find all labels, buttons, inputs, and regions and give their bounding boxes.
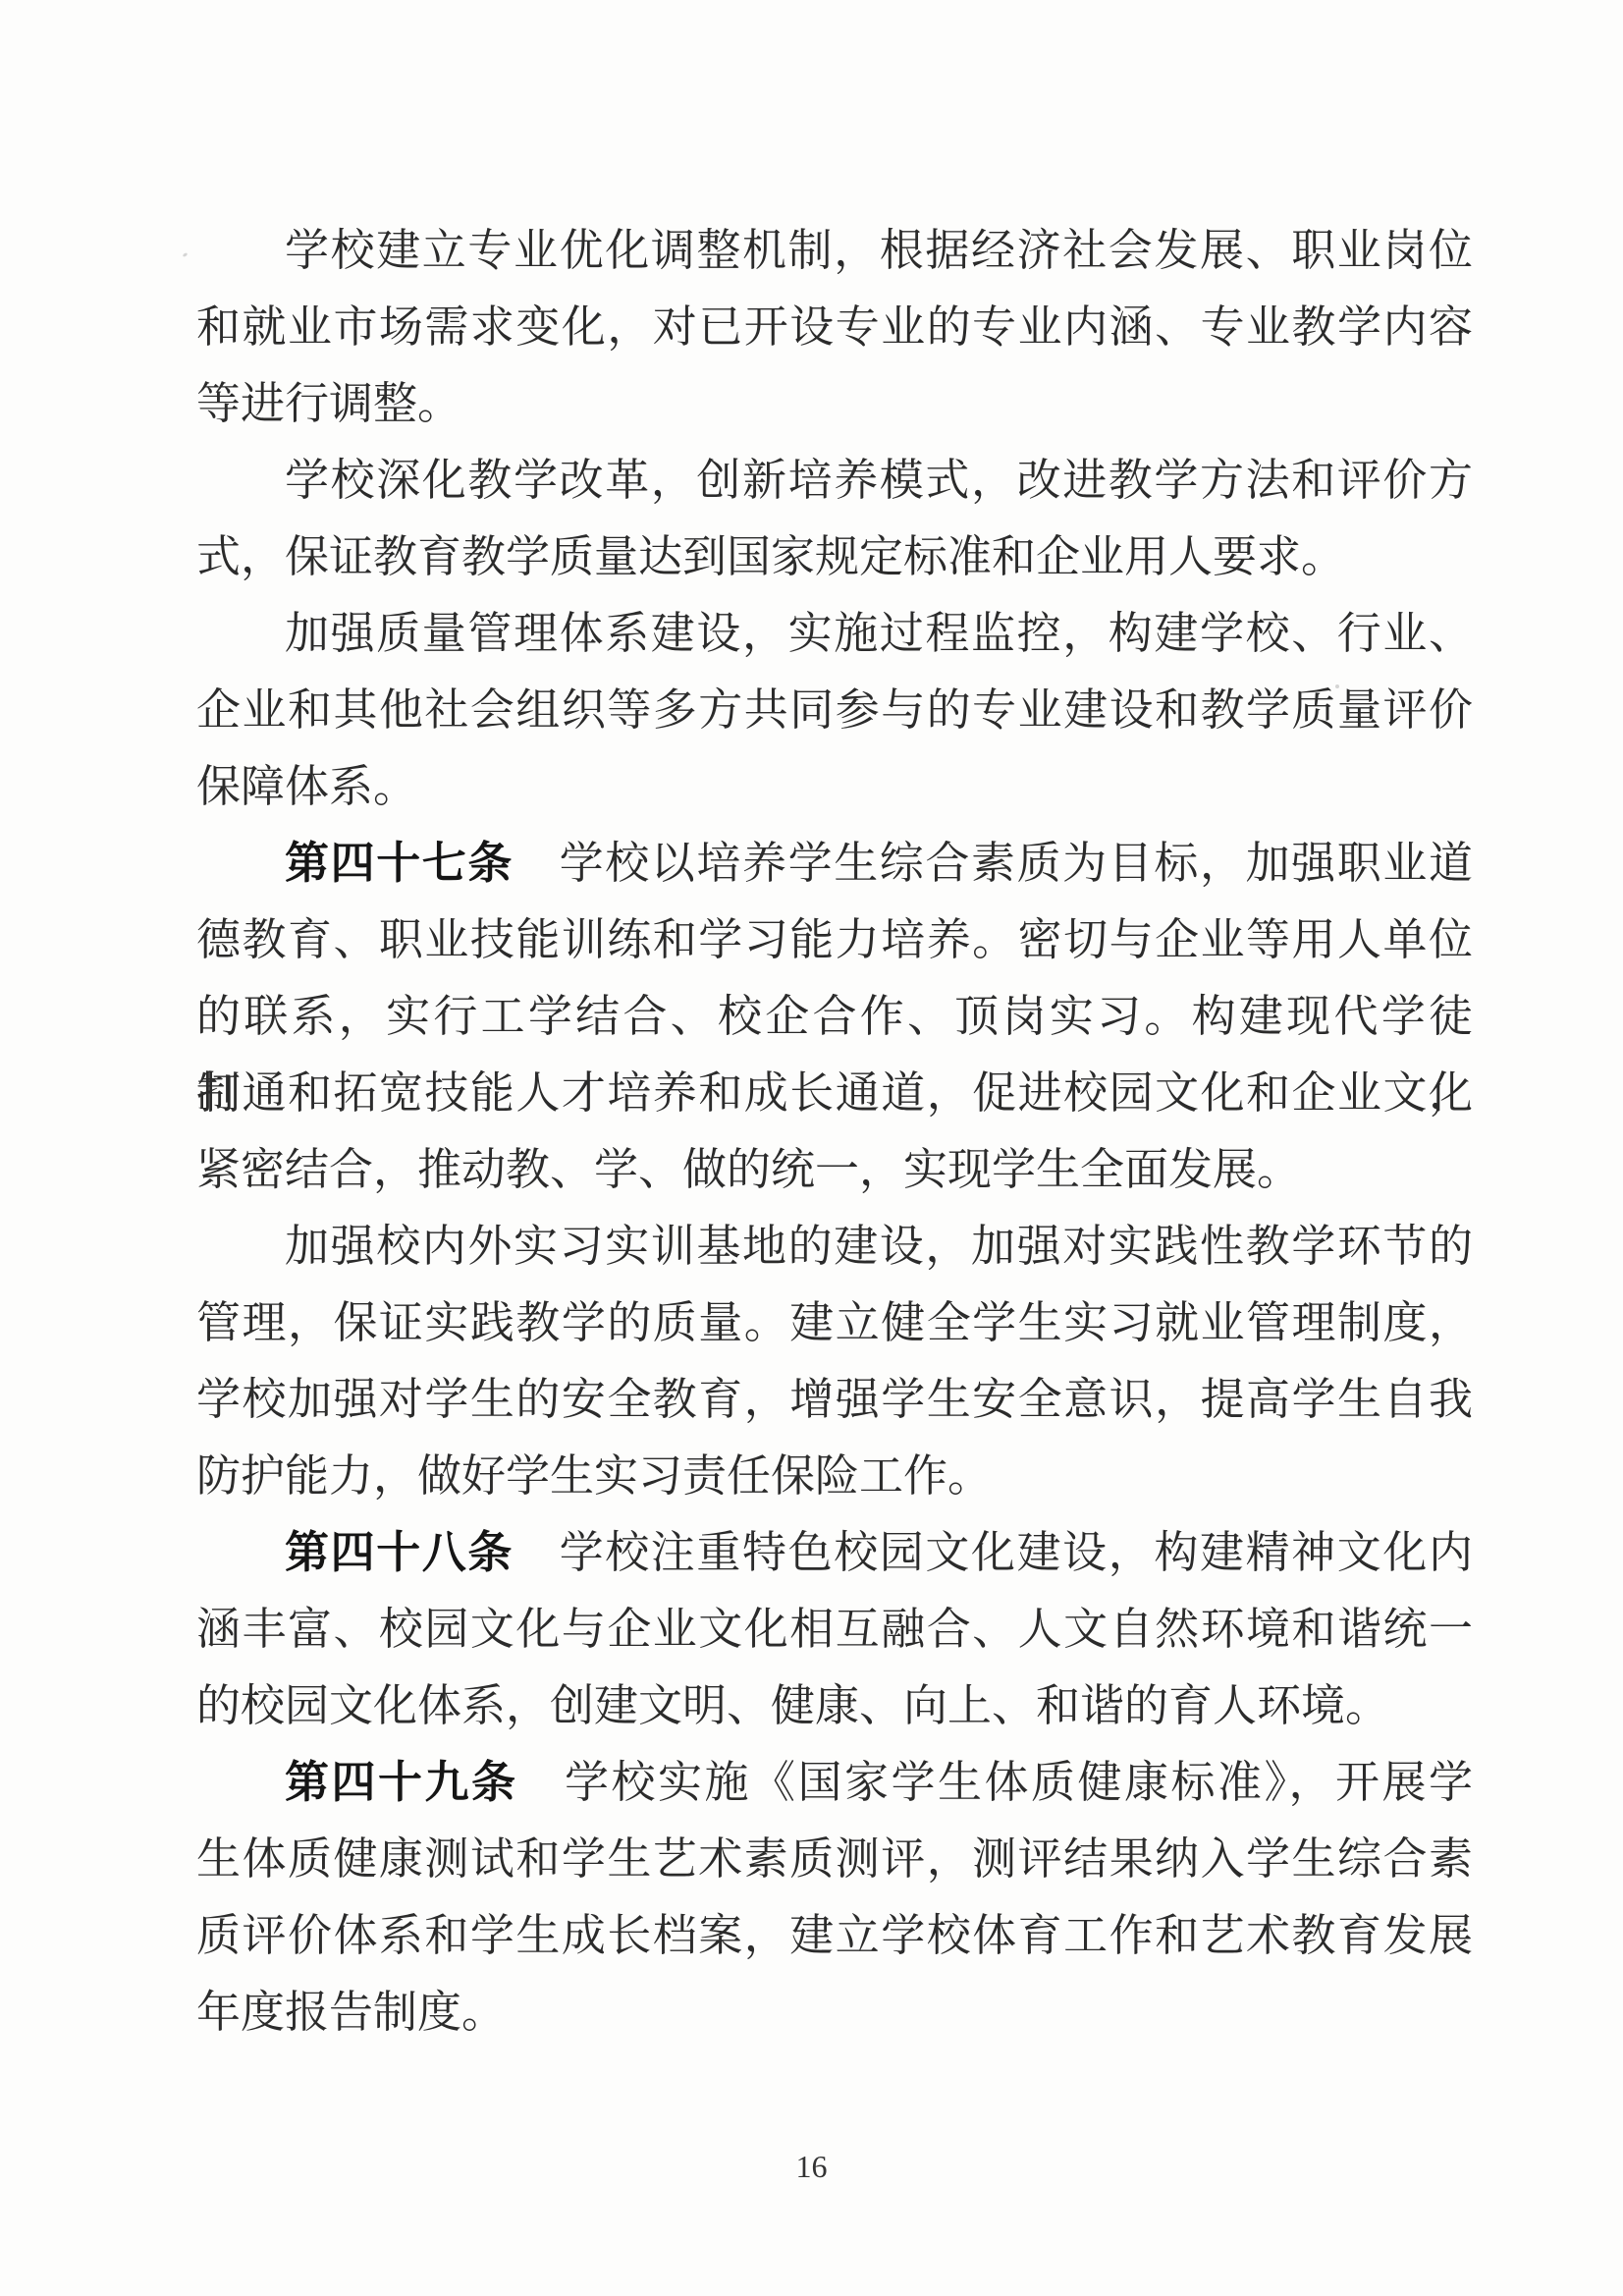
text-line: 加强质量管理体系建设，实施过程监控，构建学校、行业、 [196,595,1473,672]
line-text: 学校注重特色校园文化建设，构建精神文化内 [514,1528,1473,1577]
text-line: 第四十七条 学校以培养学生综合素质为目标，加强职业道 [196,825,1473,902]
text-line: 生体质健康测试和学生艺术素质测评，测评结果纳入学生综合素 [196,1821,1473,1897]
text-line: 学校深化教学改革，创新培养模式，改进教学方法和评价方 [196,442,1473,519]
text-line: 式，保证教育教学质量达到国家规定标准和企业用人要求。 [196,519,1473,595]
paragraph: 第四十八条 学校注重特色校园文化建设，构建精神文化内涵丰富、校园文化与企业文化相… [196,1514,1473,1744]
paragraph: 第四十九条 学校实施《国家学生体质健康标准》，开展学生体质健康测试和学生艺术素质… [196,1744,1473,2050]
article-number: 第四十七条 [285,839,514,888]
text-line: 防护能力，做好学生实习责任保险工作。 [196,1438,1473,1514]
text-line: 紧密结合，推动教、学、做的统一，实现学生全面发展。 [196,1131,1473,1208]
text-line: 质评价体系和学生成长档案，建立学校体育工作和艺术教育发展 [196,1897,1473,1974]
paragraph: 学校建立专业优化调整机制，根据经济社会发展、职业岗位和就业市场需求变化，对已开设… [196,212,1473,442]
text-line: 的校园文化体系，创建文明、健康、向上、和谐的育人环境。 [196,1667,1473,1744]
text-line: 打通和拓宽技能人才培养和成长通道，促进校园文化和企业文化 [196,1055,1473,1131]
line-text: 学校以培养学生综合素质为目标，加强职业道 [514,839,1473,888]
text-line: 涵丰富、校园文化与企业文化相互融合、人文自然环境和谐统一 [196,1591,1473,1667]
document-body: 学校建立专业优化调整机制，根据经济社会发展、职业岗位和就业市场需求变化，对已开设… [196,212,1473,2050]
paragraph: 加强质量管理体系建设，实施过程监控，构建学校、行业、企业和其他社会组织等多方共同… [196,595,1473,825]
article-number: 第四十八条 [285,1528,514,1577]
text-line: 加强校内外实习实训基地的建设，加强对实践性教学环节的 [196,1208,1473,1285]
text-line: 企业和其他社会组织等多方共同参与的专业建设和教学质量评价 [196,672,1473,748]
text-line: 学校建立专业优化调整机制，根据经济社会发展、职业岗位 [196,212,1473,289]
text-line: 年度报告制度。 [196,1974,1473,2050]
article-number: 第四十九条 [285,1758,518,1807]
page-number: 16 [0,2147,1623,2186]
text-line: 等进行调整。 [196,365,1473,442]
text-line: 第四十八条 学校注重特色校园文化建设，构建精神文化内 [196,1514,1473,1591]
text-line: 学校加强对学生的安全教育，增强学生安全意识，提高学生自我 [196,1361,1473,1438]
text-line: 管理，保证实践教学的质量。建立健全学生实习就业管理制度， [196,1285,1473,1361]
text-line: 和就业市场需求变化，对已开设专业的专业内涵、专业教学内容 [196,289,1473,365]
text-line: 德教育、职业技能训练和学习能力培养。密切与企业等用人单位 [196,902,1473,978]
paragraph: 学校深化教学改革，创新培养模式，改进教学方法和评价方式，保证教育教学质量达到国家… [196,442,1473,595]
text-line: 的联系，实行工学结合、校企合作、顶岗实习。构建现代学徒制， [196,978,1473,1055]
text-line: 第四十九条 学校实施《国家学生体质健康标准》，开展学 [196,1744,1473,1821]
line-text: 学校实施《国家学生体质健康标准》，开展学 [518,1758,1473,1807]
text-line: 保障体系。 [196,748,1473,825]
scan-speck [183,252,189,257]
paragraph: 第四十七条 学校以培养学生综合素质为目标，加强职业道德教育、职业技能训练和学习能… [196,825,1473,1208]
document-page: 学校建立专业优化调整机制，根据经济社会发展、职业岗位和就业市场需求变化，对已开设… [0,0,1623,2296]
paragraph: 加强校内外实习实训基地的建设，加强对实践性教学环节的管理，保证实践教学的质量。建… [196,1208,1473,1514]
